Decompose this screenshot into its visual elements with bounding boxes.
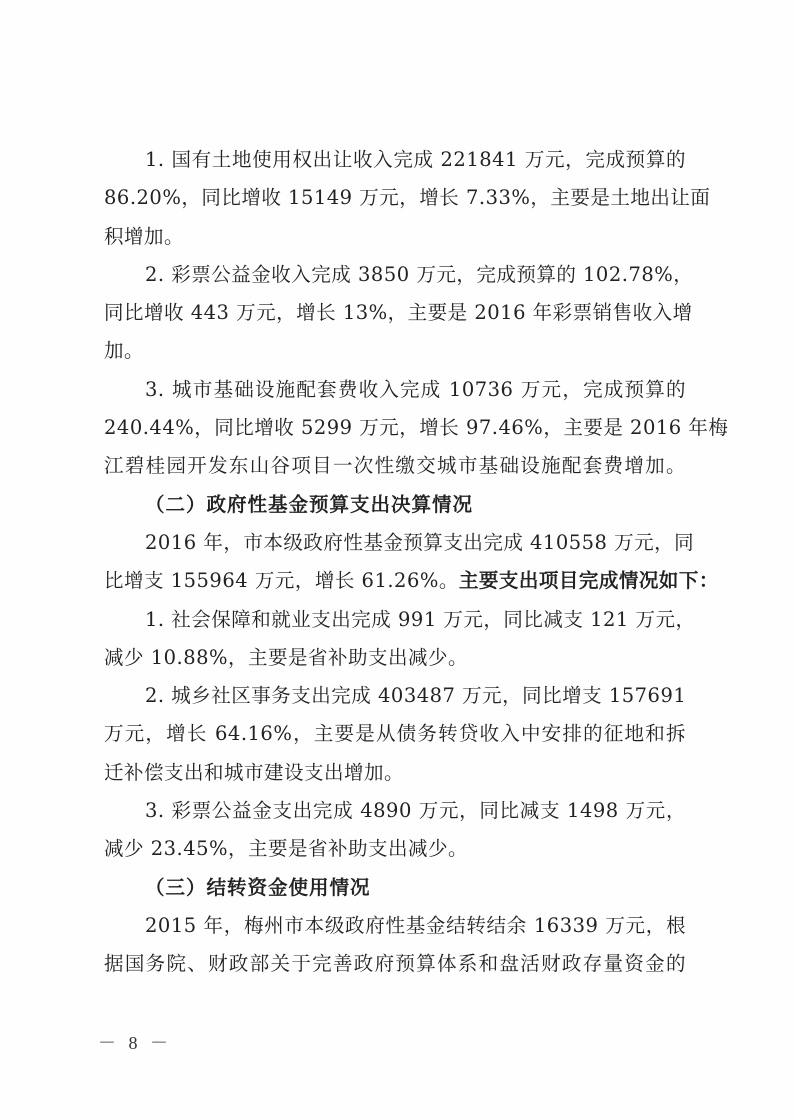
paragraph-line: 据国务院、财政部关于完善政府预算体系和盘活财政存量资金的 — [104, 945, 686, 983]
intro-plain-text: 比增支 155964 万元，增长 61.26%。 — [104, 569, 459, 592]
intro-bold-text: 主要支出项目完成情况如下： — [459, 569, 719, 592]
paragraph-line: 万元，增长 64.16%，主要是从债务转贷收入中安排的征地和拆 — [104, 715, 686, 753]
expenditure-intro: 2016 年，市本级政府性基金预算支出完成 410558 万元，同 比增支 15… — [104, 524, 686, 601]
paragraph-line: 240.44%，同比增收 5299 万元，增长 97.46%，主要是 2016 … — [104, 409, 686, 447]
paragraph-line: 积增加。 — [104, 218, 686, 256]
paragraph-line: 1. 国有土地使用权出让收入完成 221841 万元，完成预算的 — [104, 141, 686, 179]
revenue-item-lottery: 2. 彩票公益金收入完成 3850 万元，完成预算的 102.78%， 同比增收… — [104, 256, 686, 371]
paragraph-line: 同比增收 443 万元，增长 13%，主要是 2016 年彩票销售收入增 — [104, 294, 686, 332]
paragraph-line: 减少 10.88%，主要是省补助支出减少。 — [104, 639, 686, 677]
expenditure-item-lottery: 3. 彩票公益金支出完成 4890 万元，同比减支 1498 万元， 减少 23… — [104, 792, 686, 869]
paragraph-line: 比增支 155964 万元，增长 61.26%。主要支出项目完成情况如下： — [104, 562, 686, 600]
paragraph-line: 江碧桂园开发东山谷项目一次性缴交城市基础设施配套费增加。 — [104, 447, 686, 485]
paragraph-line: 2. 城乡社区事务支出完成 403487 万元，同比增支 157691 — [104, 677, 686, 715]
section-heading-carryover: （三）结转资金使用情况 — [104, 869, 686, 907]
paragraph-line: 86.20%，同比增收 15149 万元，增长 7.33%，主要是土地出让面 — [104, 179, 686, 217]
paragraph-line: 2016 年，市本级政府性基金预算支出完成 410558 万元，同 — [104, 524, 686, 562]
paragraph-line: 1. 社会保障和就业支出完成 991 万元，同比减支 121 万元， — [104, 601, 686, 639]
expenditure-item-social-security: 1. 社会保障和就业支出完成 991 万元，同比减支 121 万元， 减少 10… — [104, 601, 686, 678]
paragraph-line: 减少 23.45%，主要是省补助支出减少。 — [104, 830, 686, 868]
paragraph-line: 3. 城市基础设施配套费收入完成 10736 万元，完成预算的 — [104, 371, 686, 409]
body-text: 1. 国有土地使用权出让收入完成 221841 万元，完成预算的 86.20%，… — [104, 141, 686, 984]
document-page: 1. 国有土地使用权出让收入完成 221841 万元，完成预算的 86.20%，… — [0, 0, 794, 1120]
paragraph-line: 2015 年，梅州市本级政府性基金结转结余 16339 万元，根 — [104, 907, 686, 945]
paragraph-line: 迁补偿支出和城市建设支出增加。 — [104, 754, 686, 792]
carryover-paragraph: 2015 年，梅州市本级政府性基金结转结余 16339 万元，根 据国务院、财政… — [104, 907, 686, 984]
revenue-item-land: 1. 国有土地使用权出让收入完成 221841 万元，完成预算的 86.20%，… — [104, 141, 686, 256]
revenue-item-infrastructure: 3. 城市基础设施配套费收入完成 10736 万元，完成预算的 240.44%，… — [104, 371, 686, 486]
section-heading-expenditure: （二）政府性基金预算支出决算情况 — [104, 486, 686, 524]
page-number: － 8 － — [98, 1029, 172, 1055]
paragraph-line: 加。 — [104, 332, 686, 370]
paragraph-line: 3. 彩票公益金支出完成 4890 万元，同比减支 1498 万元， — [104, 792, 686, 830]
paragraph-line: 2. 彩票公益金收入完成 3850 万元，完成预算的 102.78%， — [104, 256, 686, 294]
expenditure-item-urban-rural: 2. 城乡社区事务支出完成 403487 万元，同比增支 157691 万元，增… — [104, 677, 686, 792]
